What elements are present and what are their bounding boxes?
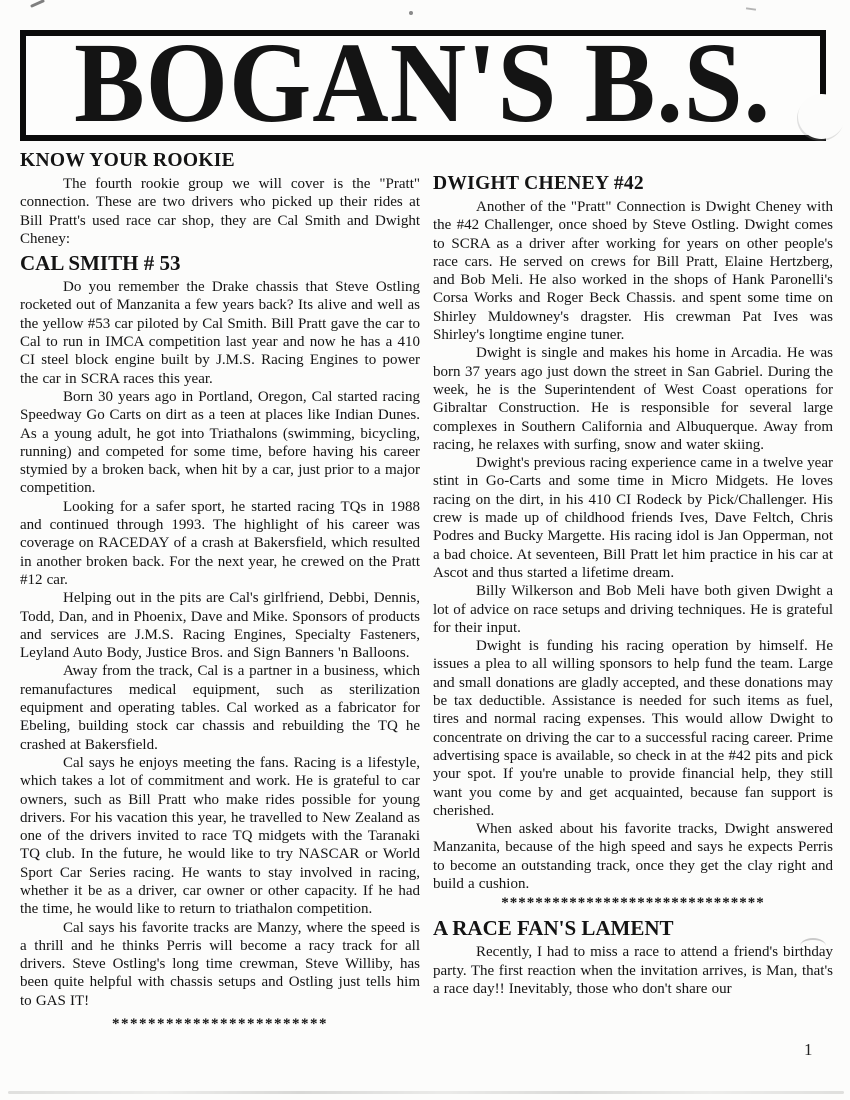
scan-speck — [746, 7, 756, 10]
scanned-newsletter-page: { "masthead": { "title": "BOGAN'S B.S." … — [0, 0, 850, 1100]
section-heading-cal-smith: CAL SMITH # 53 — [20, 251, 420, 276]
asterisk-divider: ************************ — [20, 1015, 420, 1033]
paragraph: Cal says his favorite tracks are Manzy, … — [20, 919, 420, 1010]
paragraph: The fourth rookie group we will cover is… — [20, 175, 420, 248]
paragraph: Born 30 years ago in Portland, Oregon, C… — [20, 388, 420, 498]
article-columns: KNOW YOUR ROOKIE The fourth rookie group… — [20, 150, 833, 1033]
paragraph: Dwight is single and makes his home in A… — [433, 344, 833, 454]
right-column: DWIGHT CHENEY #42 Another of the "Pratt"… — [433, 150, 833, 1033]
paragraph: Looking for a safer sport, he started ra… — [20, 498, 420, 589]
page-number: 1 — [804, 1040, 813, 1060]
paragraph: When asked about his favorite tracks, Dw… — [433, 820, 833, 893]
section-heading-know-your-rookie: KNOW YOUR ROOKIE — [20, 150, 420, 172]
section-heading-dwight-cheney: DWIGHT CHENEY #42 — [433, 173, 833, 195]
paragraph: Helping out in the pits are Cal's girlfr… — [20, 589, 420, 662]
paragraph: Dwight is funding his racing operation b… — [433, 637, 833, 820]
masthead-box: BOGAN'S B.S. — [20, 30, 826, 141]
asterisk-divider: ******************************* — [433, 894, 833, 912]
paragraph: Dwight's previous racing experience came… — [433, 454, 833, 582]
newsletter-title: BOGAN'S B.S. — [75, 33, 772, 134]
section-heading-race-fans-lament: A RACE FAN'S LAMENT — [433, 916, 833, 941]
scan-edge-artifact — [8, 1091, 844, 1094]
paragraph: Away from the track, Cal is a partner in… — [20, 662, 420, 753]
paragraph: Billy Wilkerson and Bob Meli have both g… — [433, 582, 833, 637]
scan-curl-artifact — [800, 938, 826, 954]
paragraph: Do you remember the Drake chassis that S… — [20, 278, 420, 388]
scan-notch-artifact — [798, 94, 845, 139]
paragraph: Recently, I had to miss a race to attend… — [433, 943, 833, 998]
paragraph: Another of the "Pratt" Connection is Dwi… — [433, 198, 833, 344]
scan-speck — [409, 11, 413, 15]
left-column: KNOW YOUR ROOKIE The fourth rookie group… — [20, 150, 420, 1033]
scan-speck — [30, 0, 45, 8]
paragraph: Cal says he enjoys meeting the fans. Rac… — [20, 754, 420, 919]
